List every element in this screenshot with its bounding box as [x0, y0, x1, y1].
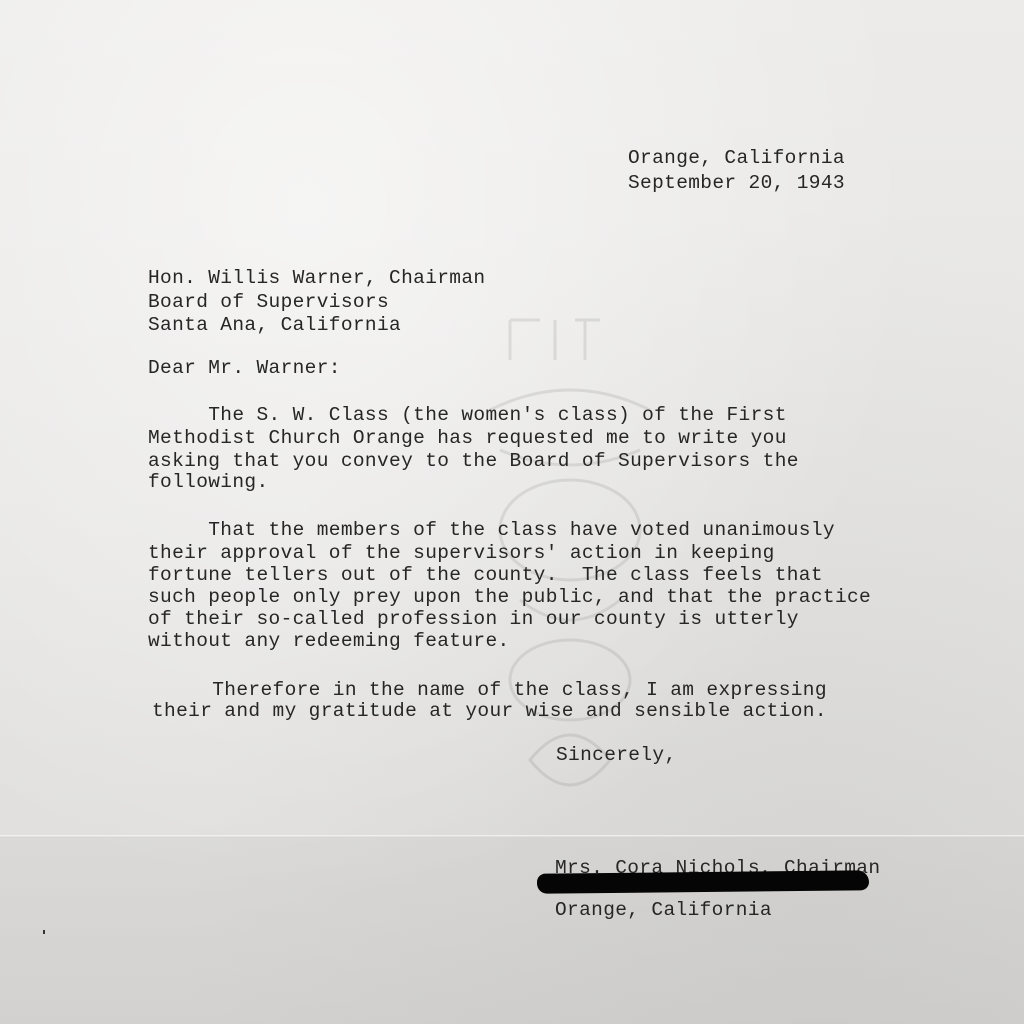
recipient-line-2: Board of Supervisors: [148, 292, 389, 312]
letter-place: Orange, California: [628, 148, 845, 168]
letter-date: September 20, 1943: [628, 173, 845, 193]
paragraph-line: That the members of the class have voted…: [148, 520, 835, 540]
paragraph-line: The S. W. Class (the women's class) of t…: [148, 405, 787, 425]
recipient-line-3: Santa Ana, California: [148, 315, 401, 335]
paragraph-line: Methodist Church Orange has requested me…: [148, 428, 787, 448]
recipient-line-1: Hon. Willis Warner, Chairman: [148, 268, 485, 288]
paragraph-line: asking that you convey to the Board of S…: [148, 451, 799, 471]
paragraph-line: of their so-called profession in our cou…: [148, 609, 799, 629]
paragraph-line: their and my gratitude at your wise and …: [152, 701, 827, 721]
paragraph-line: without any redeeming feature.: [148, 631, 510, 651]
paper-speck: [43, 930, 45, 934]
paragraph-line: following.: [148, 472, 269, 492]
paragraph-line: their approval of the supervisors' actio…: [148, 543, 775, 563]
signatory-location: Orange, California: [555, 900, 772, 920]
paragraph-line: Therefore in the name of the class, I am…: [152, 680, 827, 700]
redaction-bar: [537, 870, 869, 893]
paragraph-line: such people only prey upon the public, a…: [148, 587, 871, 607]
paragraph-line: fortune tellers out of the county. The c…: [148, 565, 823, 585]
salutation: Dear Mr. Warner:: [148, 358, 341, 378]
closing: Sincerely,: [556, 745, 677, 765]
